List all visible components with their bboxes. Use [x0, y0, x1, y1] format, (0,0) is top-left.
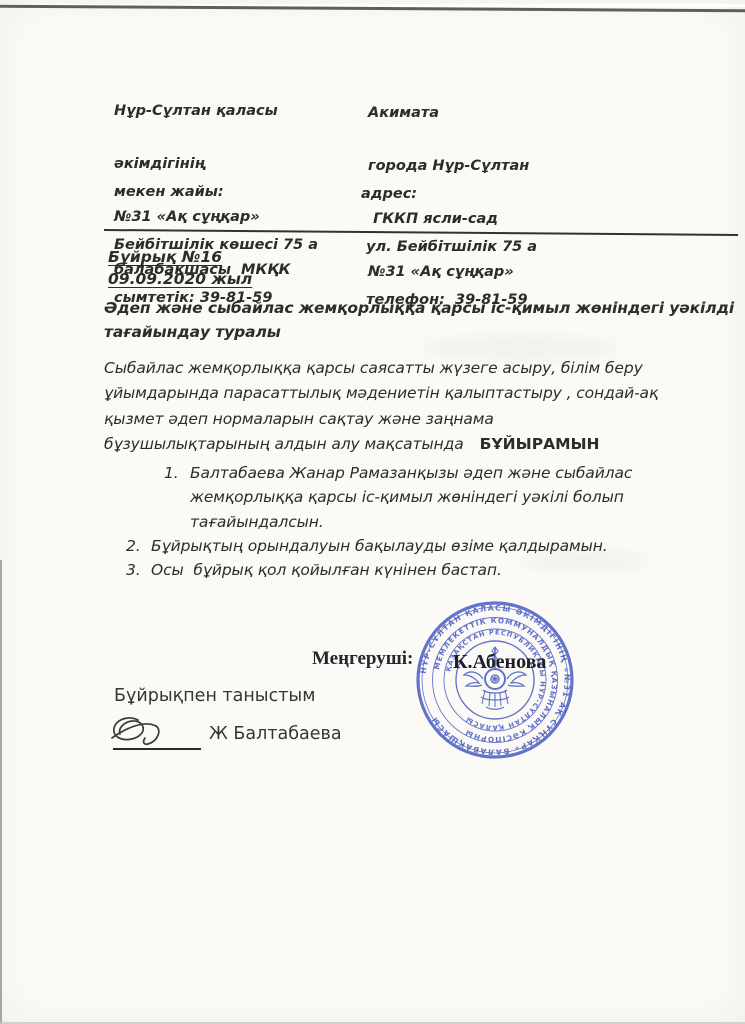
- item-text: Осы бұйрық қол қойылған күнінен бастап.: [151, 558, 502, 582]
- order-number: Бұйрық №16: [108, 247, 252, 269]
- order-items: 1. Балтабаева Жанар Рамазанқызы әдеп жән…: [0, 461, 660, 582]
- scan-edge-left: [0, 560, 2, 1024]
- order-title: Әдеп және сыбайлас жемқорлыққа қарсы іс-…: [104, 297, 734, 344]
- manager-title-label: Меңгеруші:: [312, 648, 413, 670]
- address-label: адрес:: [361, 186, 537, 204]
- item-number: 1.: [164, 461, 190, 534]
- order-item: 3. Осы бұйрық қол қойылған күнінен баста…: [126, 558, 666, 582]
- acknowledgement-label: Бұйрықпен таныстым: [114, 686, 315, 706]
- scanned-order-document: Нұр-Сұлтан қаласы әкімдігінің №31 «Ақ сұ…: [0, 0, 745, 1024]
- org-line: Нұр-Сұлтан қаласы: [114, 103, 290, 121]
- order-date: 09.09.2020 жыл: [108, 269, 252, 291]
- item-number: 2.: [126, 534, 151, 558]
- order-item: 1. Балтабаева Жанар Рамазанқызы әдеп жән…: [164, 461, 656, 534]
- acknowledger-name: Ж Балтабаева: [209, 724, 342, 744]
- address-label: мекен жайы:: [114, 184, 318, 202]
- address-street: ул. Бейбітшілік 75 а: [361, 239, 537, 257]
- order-item: 2. Бұйрықтың орындалуын бақылауды өзіме …: [126, 534, 666, 558]
- item-text: Балтабаева Жанар Рамазанқызы әдеп және с…: [190, 461, 656, 534]
- org-line: Акимата: [368, 105, 529, 123]
- manager-name: К.Абенова: [453, 651, 546, 674]
- official-round-stamp: НҰР-СҰЛТАН ҚАЛАСЫ ӘКІМДІГІНІҢ «№31 АҚ СҰ…: [413, 598, 577, 762]
- order-number-block: Бұйрық №16 09.09.2020 жыл: [108, 247, 252, 290]
- order-preamble: Сыбайлас жемқорлыққа қарсы саясатты жүзе…: [104, 356, 664, 457]
- item-number: 3.: [126, 558, 151, 582]
- handwritten-signature: [104, 708, 214, 758]
- order-title-line2: тағайындау туралы: [104, 321, 734, 345]
- item-text: Бұйрықтың орындалуын бақылауды өзіме қал…: [151, 534, 608, 558]
- order-title-line1: Әдеп және сыбайлас жемқорлыққа қарсы іс-…: [104, 297, 734, 321]
- resolution-word: БҰЙЫРАМЫН: [480, 435, 600, 453]
